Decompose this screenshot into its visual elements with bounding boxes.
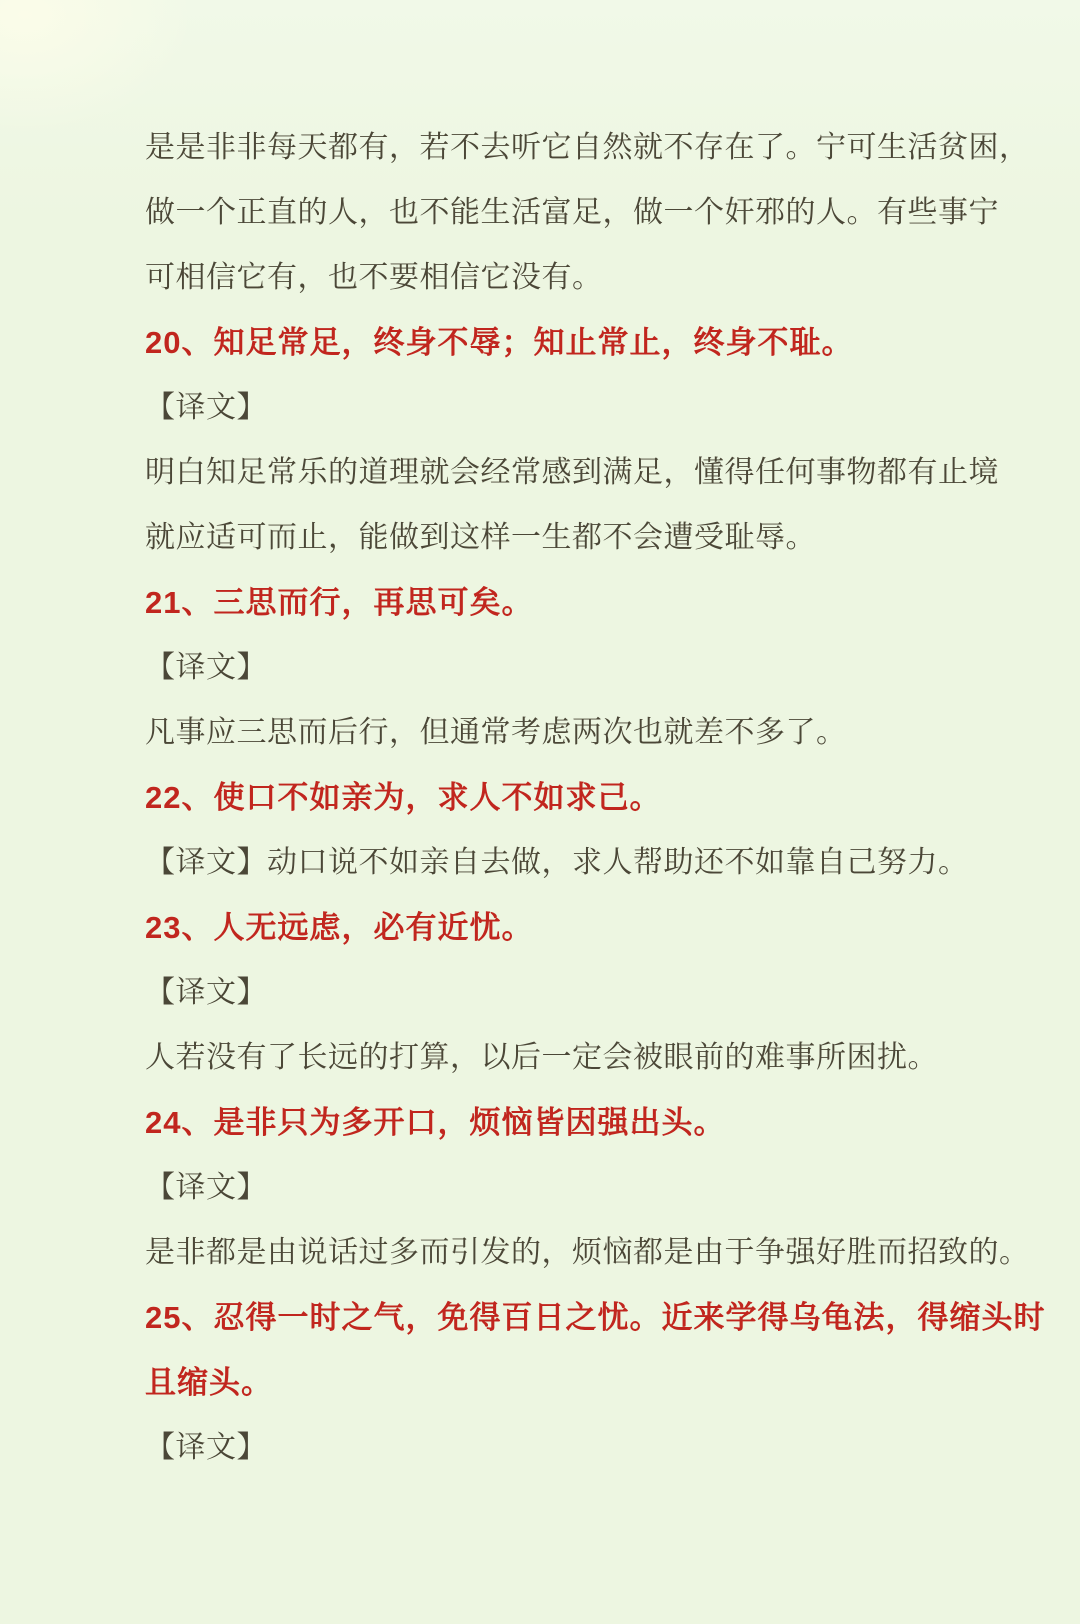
body-text-line: 就应适可而止，能做到这样一生都不会遭受耻辱。	[145, 505, 1045, 570]
saying-heading-line: 23、人无远虑，必有近忧。	[145, 895, 1045, 960]
sayings-text-content: 是是非非每天都有，若不去听它自然就不存在了。宁可生活贫困，做一个正直的人，也不能…	[145, 115, 1045, 1480]
body-text-line: 人若没有了长远的打算，以后一定会被眼前的难事所困扰。	[145, 1025, 1045, 1090]
saying-heading-line: 22、使口不如亲为，求人不如求己。	[145, 765, 1045, 830]
saying-heading-line: 25、忍得一时之气，免得百日之忧。近来学得乌龟法，得缩头时	[145, 1285, 1045, 1350]
saying-heading-line: 21、三思而行，再思可矣。	[145, 570, 1045, 635]
saying-heading-line: 24、是非只为多开口，烦恼皆因强出头。	[145, 1090, 1045, 1155]
body-text-line: 【译文】	[145, 1415, 1045, 1480]
saying-heading-line: 20、知足常足，终身不辱；知止常止，终身不耻。	[145, 310, 1045, 375]
body-text-line: 【译文】动口说不如亲自去做，求人帮助还不如靠自己努力。	[145, 830, 1045, 895]
body-text-line: 可相信它有，也不要相信它没有。	[145, 245, 1045, 310]
body-text-line: 是是非非每天都有，若不去听它自然就不存在了。宁可生活贫困，	[145, 115, 1045, 180]
body-text-line: 做一个正直的人，也不能生活富足，做一个奸邪的人。有些事宁	[145, 180, 1045, 245]
body-text-line: 是非都是由说话过多而引发的，烦恼都是由于争强好胜而招致的。	[145, 1220, 1045, 1285]
body-text-line: 【译文】	[145, 960, 1045, 1025]
body-text-line: 【译文】	[145, 375, 1045, 440]
body-text-line: 【译文】	[145, 635, 1045, 700]
document-page: { "page": { "background_color": "#edf6e1…	[0, 0, 1080, 1624]
body-text-line: 凡事应三思而后行，但通常考虑两次也就差不多了。	[145, 700, 1045, 765]
body-text-line: 【译文】	[145, 1155, 1045, 1220]
saying-heading-line: 且缩头。	[145, 1350, 1045, 1415]
body-text-line: 明白知足常乐的道理就会经常感到满足，懂得任何事物都有止境	[145, 440, 1045, 505]
